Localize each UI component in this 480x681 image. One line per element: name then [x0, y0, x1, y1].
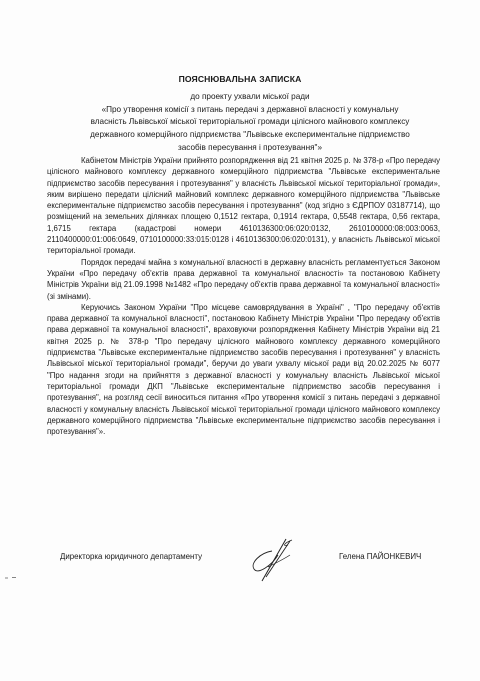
- subtitle-line: «Про утворення комісії з питань передачі…: [60, 104, 440, 117]
- handwritten-signature-icon: [242, 537, 302, 585]
- subtitle-line: засобів пересування і протезування"»: [60, 142, 440, 155]
- scan-artifact-icon: [5, 577, 19, 579]
- paragraph-legal-basis: Керуючись Законом України "Про місцеве с…: [47, 302, 440, 438]
- paragraph-cabinet-decision: Кабінетом Міністрів України прийнято роз…: [47, 155, 440, 257]
- signatory-name: Гелена ПАЙОНКЕВИЧ: [339, 552, 421, 561]
- subtitle-line: державного комерційного підприємства "Ль…: [60, 129, 440, 142]
- document-page: ПОЯСНЮВАЛЬНА ЗАПИСКА до проекту ухвали м…: [0, 0, 480, 681]
- signature-block: Директорка юридичного департаменту Гелен…: [0, 549, 480, 579]
- document-title: ПОЯСНЮВАЛЬНА ЗАПИСКА: [0, 74, 480, 84]
- paragraph-transfer-procedure: Порядок передачі майна з комунальної вла…: [47, 257, 440, 302]
- signatory-position: Директорка юридичного департаменту: [60, 552, 202, 561]
- subtitle-line: власність Львівської міської територіаль…: [60, 116, 440, 129]
- document-subtitle: до проекту ухвали міської ради «Про утво…: [60, 91, 440, 155]
- subtitle-line: до проекту ухвали міської ради: [60, 91, 440, 104]
- document-body: Кабінетом Міністрів України прийнято роз…: [47, 155, 440, 437]
